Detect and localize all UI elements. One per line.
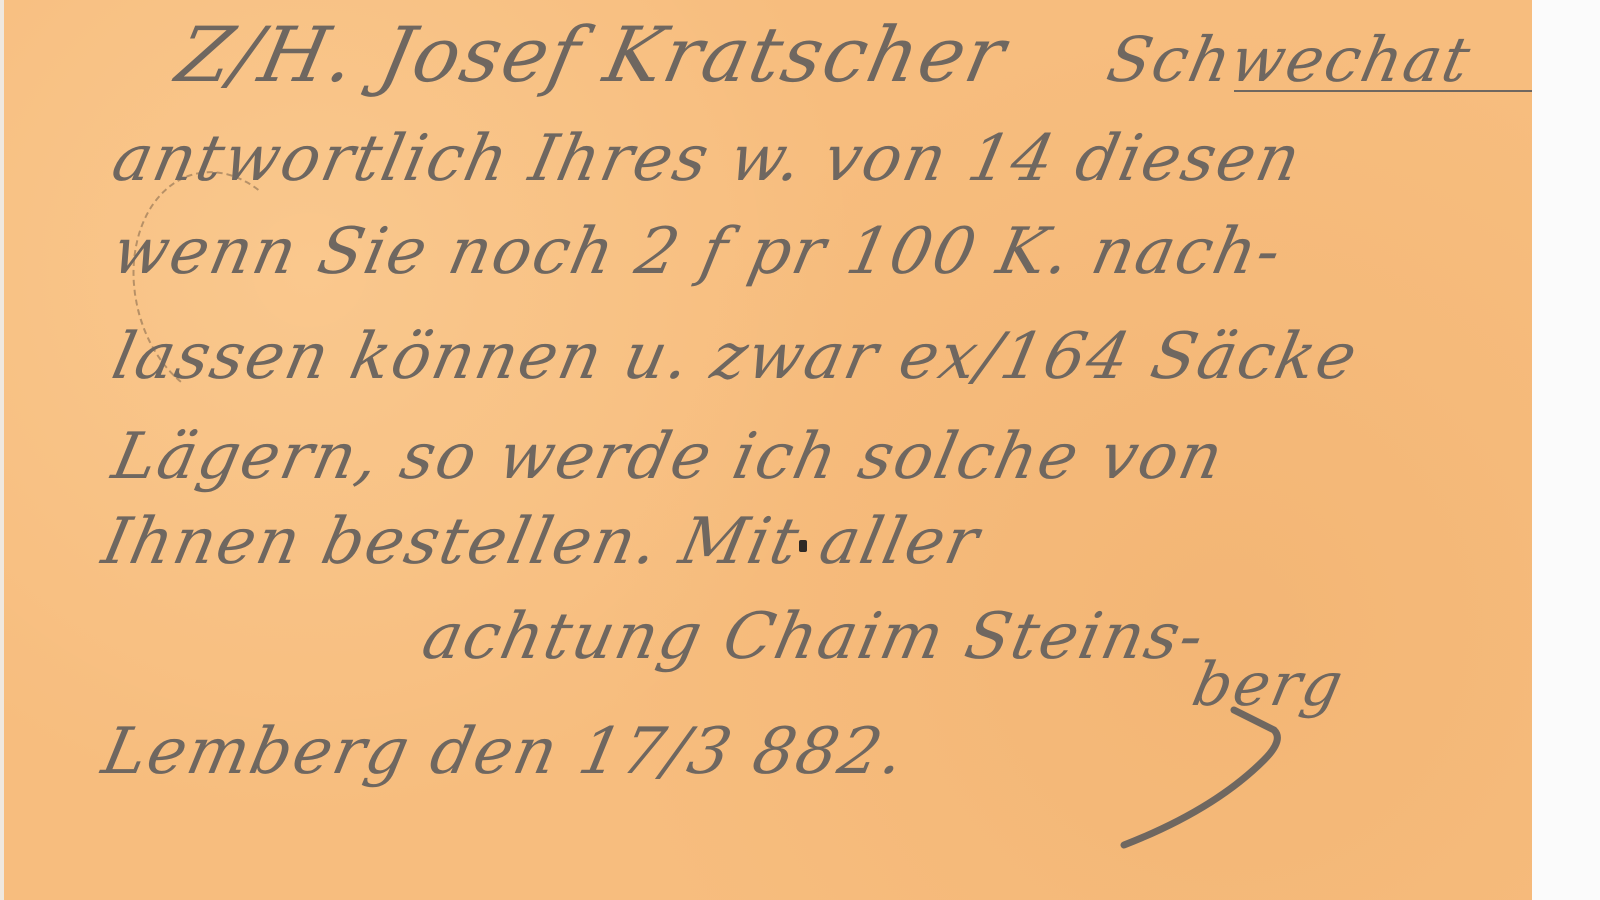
closing-signature-line: achtung Chaim Steins- — [416, 600, 1212, 674]
text-line-5: Ihnen bestellen. Mit aller — [96, 505, 987, 579]
address-line: Z/H. Josef Kratscher Schwechat — [170, 10, 1481, 99]
postcard: Z/H. Josef Kratscher Schwechat antwortli… — [4, 0, 1532, 900]
text-line-3: lassen können u. zwar ex/164 Säcke — [106, 320, 1365, 394]
recipient-name: Z/H. Josef Kratscher — [170, 10, 1015, 99]
place-underline — [1234, 90, 1534, 92]
signature-flourish-icon — [1114, 700, 1374, 860]
place-date-line: Lemberg den 17/3 882. — [96, 715, 913, 789]
recipient-place: Schwechat — [1101, 23, 1478, 96]
ink-dot — [799, 540, 807, 552]
text-line-2: wenn Sie noch 2 f pr 100 K. nach- — [106, 215, 1289, 289]
scan-margin-right — [1532, 0, 1600, 900]
text-line-4: Lägern, so werde ich solche von — [106, 420, 1231, 494]
text-line-1: antwortlich Ihres w. von 14 diesen — [106, 122, 1308, 196]
